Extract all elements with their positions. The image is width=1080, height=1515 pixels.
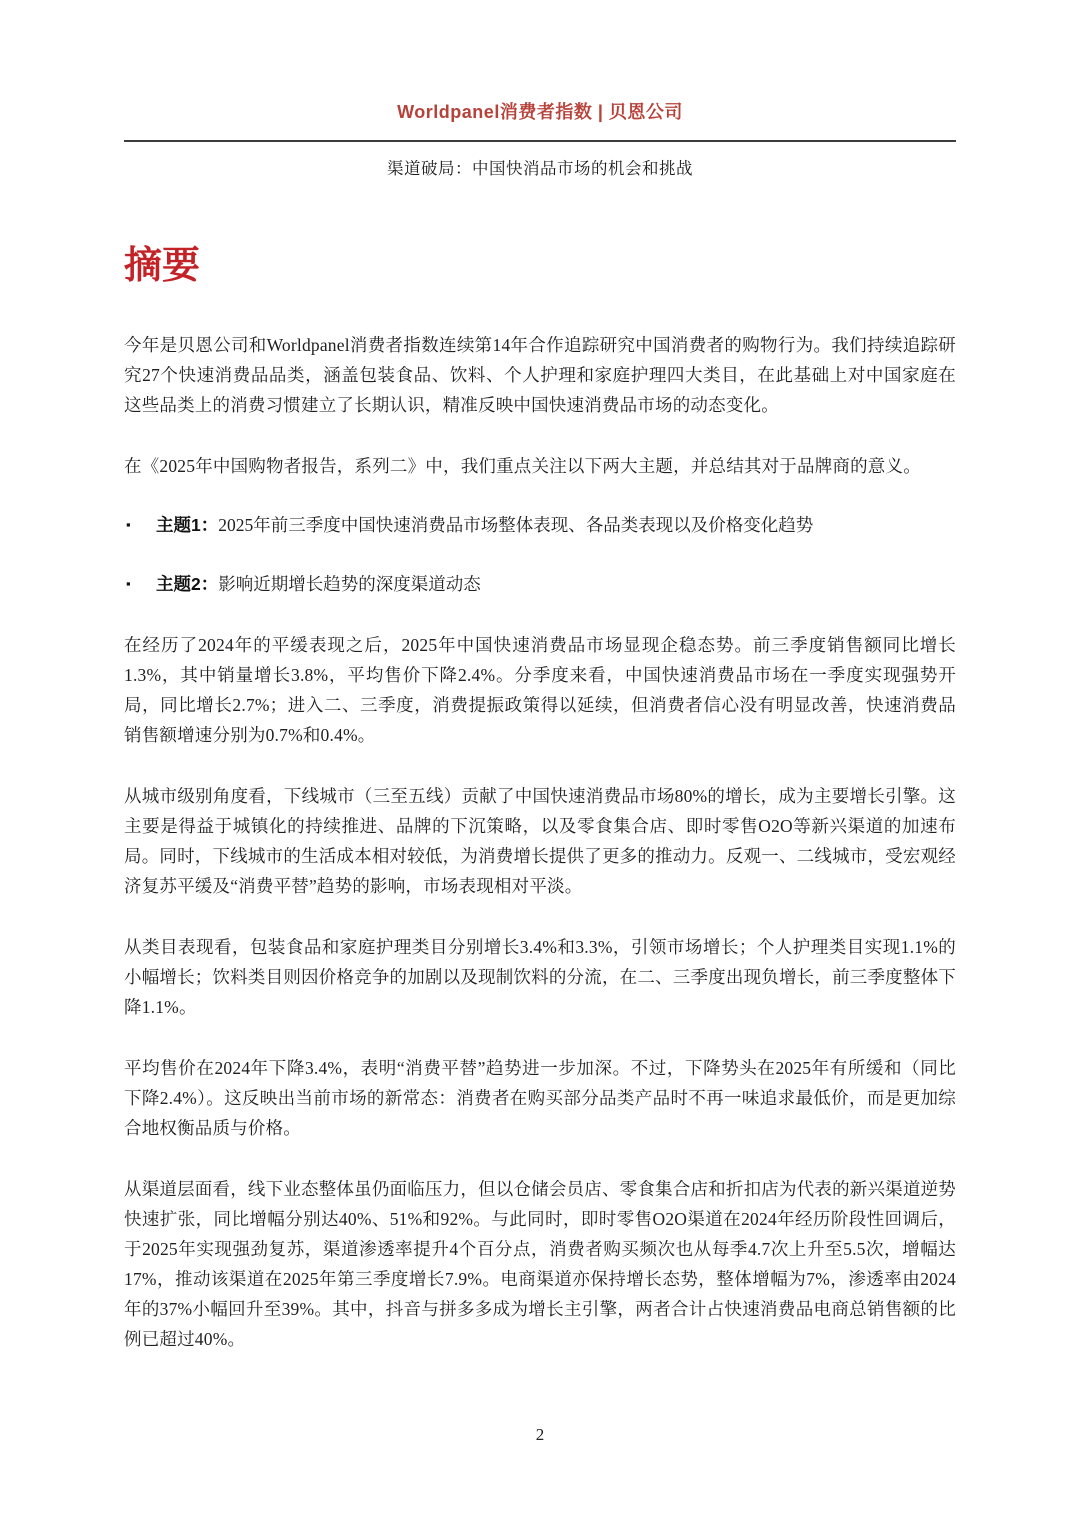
bullet-theme-2-text: 影响近期增长趋势的深度渠道动态 xyxy=(218,574,481,594)
page-number: 2 xyxy=(536,1425,545,1444)
bullet-theme-1: ▪ 主题1：2025年前三季度中国快速消费品市场整体表现、各品类表现以及价格变化… xyxy=(124,510,956,540)
bullet-theme-1-label: 主题1： xyxy=(156,515,218,535)
paragraph-category-performance: 从类目表现看，包装食品和家庭护理类目分别增长3.4%和3.3%，引领市场增长；个… xyxy=(124,932,956,1022)
bullet-theme-2: ▪ 主题2：影响近期增长趋势的深度渠道动态 xyxy=(124,569,956,599)
report-page: Worldpanel消费者指数 | 贝恩公司 渠道破局：中国快消品市场的机会和挑… xyxy=(0,0,1080,1515)
header-brand-title: Worldpanel消费者指数 | 贝恩公司 xyxy=(0,98,1080,124)
bullet-square-icon: ▪ xyxy=(126,569,131,599)
paragraph-channels: 从渠道层面看，线下业态整体虽仍面临压力，但以仓储会员店、零食集合店和折扣店为代表… xyxy=(124,1174,956,1354)
paragraph-city-tiers: 从城市级别角度看，下线城市（三至五线）贡献了中国快速消费品市场80%的增长，成为… xyxy=(124,781,956,901)
bullet-square-icon: ▪ xyxy=(126,510,131,540)
paragraph-average-price: 平均售价在2024年下降3.4%，表明“消费平替”趋势进一步加深。不过，下降势头… xyxy=(124,1053,956,1143)
report-title: 渠道破局：中国快消品市场的机会和挑战 xyxy=(0,155,1080,179)
bullet-theme-1-text: 2025年前三季度中国快速消费品市场整体表现、各品类表现以及价格变化趋势 xyxy=(218,515,813,535)
bullet-theme-2-label: 主题2： xyxy=(156,574,218,594)
page-header: Worldpanel消费者指数 | 贝恩公司 渠道破局：中国快消品市场的机会和挑… xyxy=(0,0,1080,179)
paragraph-report-themes: 在《2025年中国购物者报告，系列二》中，我们重点关注以下两大主题，并总结其对于… xyxy=(124,451,956,481)
section-heading-abstract: 摘要 xyxy=(124,245,956,287)
theme-bullet-list: ▪ 主题1：2025年前三季度中国快速消费品市场整体表现、各品类表现以及价格变化… xyxy=(124,510,956,599)
paragraph-intro: 今年是贝恩公司和Worldpanel消费者指数连续第14年合作追踪研究中国消费者… xyxy=(124,330,956,420)
summary-section: 摘要 今年是贝恩公司和Worldpanel消费者指数连续第14年合作追踪研究中国… xyxy=(0,245,1080,1354)
paragraph-market-overview: 在经历了2024年的平缓表现之后，2025年中国快速消费品市场显现企稳态势。前三… xyxy=(124,630,956,750)
header-divider xyxy=(124,140,956,142)
page-footer: 2 xyxy=(0,1425,1080,1445)
